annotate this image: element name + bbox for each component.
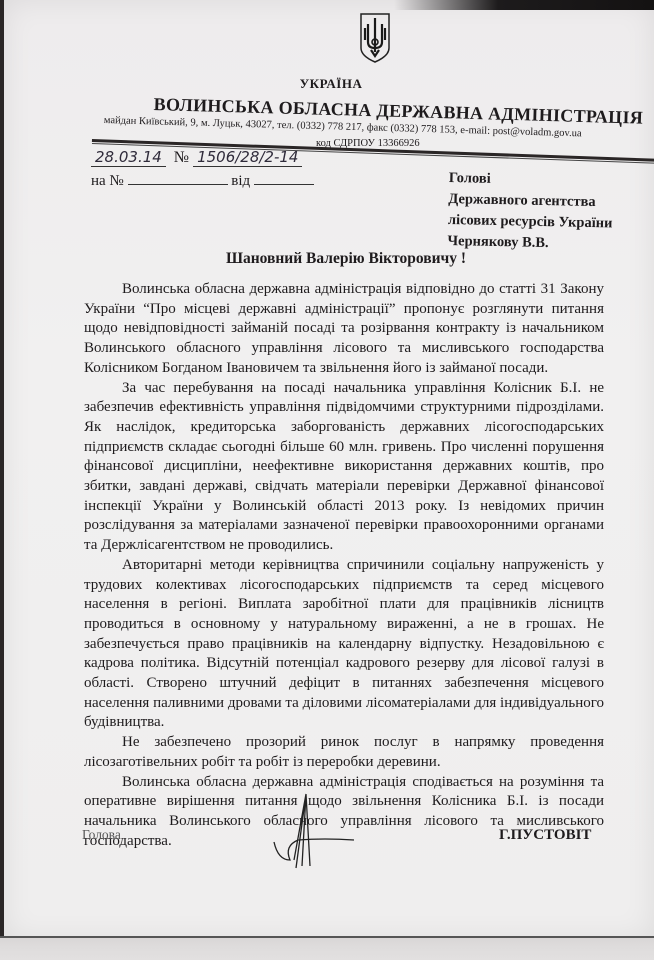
signatory-name: Г.ПУСТОВІТ [499,827,591,844]
page-bottom-edge [0,936,654,960]
body-paragraph: Волинська обласна державна адміністрація… [84,280,604,379]
reply-label: на № [91,173,124,189]
body-paragraph: За час перебування на посаді начальника … [84,379,604,556]
salutation: Шановний Валерію Вікторовичу ! [4,250,654,268]
handwritten-signature-icon [254,790,374,870]
outgoing-registration: 28.03.14 № 1506/28/2-14 [91,148,302,167]
addressee-block: Голові Державного агентства лісових ресу… [447,168,649,256]
reply-date-blank [254,172,314,185]
letter-body: Волинська обласна державна адміністрація… [84,280,604,851]
body-paragraph: Авторитарні методи керівництва спричинил… [84,556,604,733]
background-shadow [394,0,654,10]
reply-number-blank [128,172,228,185]
country-name: УКРАЇНА [4,76,654,92]
body-paragraph: Не забезпечено прозорий ринок послуг в н… [84,733,604,772]
reference-registration: на № від [91,172,314,190]
letter-page: УКРАЇНА ВОЛИНСЬКА ОБЛАСНА ДЕРЖАВНА АДМІН… [4,0,654,940]
registration-number: 1506/28/2-14 [193,148,302,167]
number-label: № [174,149,189,166]
trident-coat-of-arms-icon [359,12,391,64]
registration-date: 28.03.14 [91,148,166,167]
from-label: від [231,173,250,189]
organization-code: код СДРПОУ 13366926 [316,138,420,149]
signatory-role: Голова [82,827,121,843]
